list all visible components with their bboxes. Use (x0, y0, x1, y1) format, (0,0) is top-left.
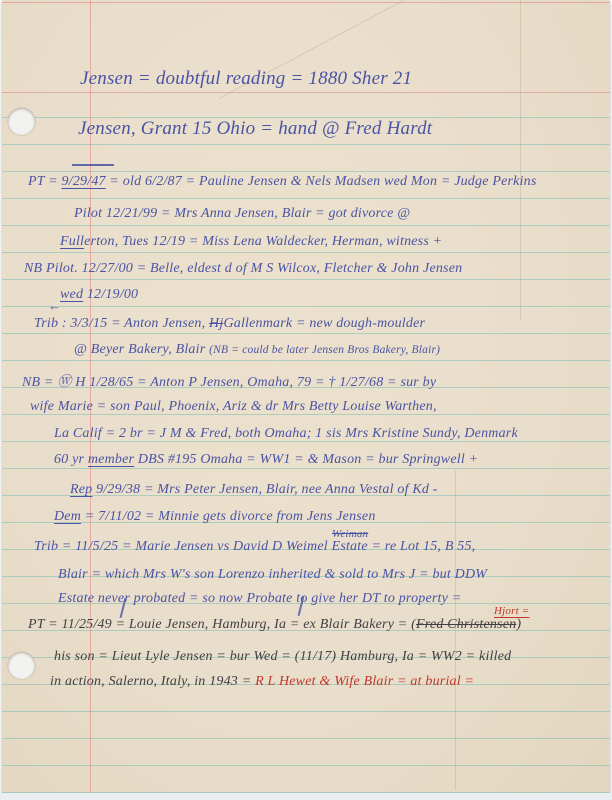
note-segment: Full (60, 234, 84, 249)
note-segment: @ Beyer Bakery, Blair (74, 342, 209, 357)
underline-stroke (72, 164, 114, 166)
note-segment: Hj (209, 316, 223, 331)
paper-crease (520, 0, 521, 320)
note-line-5: Fullerton, Tues 12/19 = Miss Lena Waldec… (60, 234, 442, 250)
scan-edge (0, 793, 612, 800)
note-segment: Rep (70, 482, 92, 497)
note-line-2: Jensen, Grant 15 Ohio = hand @ Fred Hard… (78, 118, 432, 140)
note-segment: wed (60, 287, 83, 302)
note-line-23: in action, Salerno, Italy, in 1943 = R L… (50, 674, 474, 690)
note-line-18: Blair = which Mrs W's son Lorenzo inheri… (58, 567, 487, 583)
note-line-1: Jensen = doubtful reading = 1880 Sher 21 (80, 68, 412, 90)
note-segment: Dem (54, 509, 81, 524)
note-line-13: 60 yr member DBS #195 Omaha = WW1 = & Ma… (54, 452, 478, 468)
note-segment: (NB = could be later Jensen Bros Bakery,… (209, 344, 440, 356)
note-segment: NB = Ⓦ H 1/28/65 = Anton P Jensen, Omaha… (22, 375, 436, 390)
note-segment: Hjort = (494, 605, 529, 617)
note-segment: Blair = which Mrs W's son Lorenzo inheri… (58, 567, 487, 582)
note-segment: member (88, 452, 134, 467)
note-segment: 60 yr (54, 452, 88, 467)
note-line-9: @ Beyer Bakery, Blair (NB = could be lat… (74, 342, 440, 358)
note-segment: 9/29/47 (62, 174, 106, 189)
note-segment: , Grant 15 Ohio = hand @ Fred Hardt (131, 118, 432, 139)
note-line-6: NB Pilot. 12/27/00 = Belle, eldest d of … (24, 261, 462, 277)
header-margin-line (2, 92, 610, 93)
note-line-10: NB = Ⓦ H 1/28/65 = Anton P Jensen, Omaha… (22, 371, 436, 391)
note-segment: R L Hewet & Wife Blair = at burial = (255, 674, 474, 689)
top-margin-line (2, 2, 610, 3)
note-line-21: PT = 11/25/49 = Louie Jensen, Hamburg, I… (28, 617, 521, 633)
note-segment: wife Marie = son Paul, Phoenix, Ariz & d… (30, 399, 437, 414)
note-line-12: La Calif = 2 br = J M & Fred, both Omaha… (54, 426, 518, 442)
note-segment: Trib = 11/5/25 = Marie Jensen vs David D… (34, 539, 475, 554)
note-line-7: wed 12/19/00 (60, 287, 138, 303)
note-line-15: Dem = 7/11/02 = Minnie gets divorce from… (54, 509, 376, 525)
punch-hole-top (8, 108, 35, 135)
note-line-4: Pilot 12/21/99 = Mrs Anna Jensen, Blair … (74, 206, 410, 222)
note-segment: PT = 11/25/49 = Louie Jensen, Hamburg, I… (28, 617, 416, 632)
note-line-8: Trib : 3/3/15 = Anton Jensen, HjGallenma… (34, 316, 425, 332)
note-segment: Pilot 12/21/99 = Mrs Anna Jensen, Blair … (74, 206, 410, 221)
note-segment: ) (516, 617, 521, 632)
note-segment: DBS #195 Omaha = WW1 = & Mason = bur Spr… (134, 452, 478, 467)
note-segment: Jensen (78, 118, 131, 139)
note-segment: Gallenmark = new dough-moulder (223, 316, 425, 331)
note-segment: = old 6/2/87 = Pauline Jensen & Nels Mad… (106, 174, 537, 189)
note-line-3: PT = 9/29/47 = old 6/2/87 = Pauline Jens… (28, 174, 537, 190)
note-segment: Jensen = doubtful reading = 1880 Sher 21 (80, 68, 412, 89)
note-segment: erton, Tues 12/19 = Miss Lena Waldecker,… (84, 234, 442, 249)
note-segment: Fred Christensen (416, 617, 516, 632)
note-segment: = 7/11/02 = Minnie gets divorce from Jen… (81, 509, 376, 524)
note-line-20: Hjort = (494, 605, 529, 617)
note-segment: NB Pilot. 12/27/00 = Belle, eldest d of … (24, 261, 462, 276)
note-line-22: his son = Lieut Lyle Jensen = bur Wed = … (54, 649, 511, 665)
scanned-note-page: ← Jensen = doubtful reading = 1880 Sher … (0, 0, 612, 800)
note-segment: PT = (28, 174, 62, 189)
note-segment: his son = Lieut Lyle Jensen = bur Wed = … (54, 649, 511, 664)
note-segment: in action, Salerno, Italy, in 1943 = (50, 674, 255, 689)
note-line-11: wife Marie = son Paul, Phoenix, Ariz & d… (30, 399, 437, 415)
note-segment: Trib : 3/3/15 = Anton Jensen, (34, 316, 209, 331)
note-segment: La Calif = 2 br = J M & Fred, both Omaha… (54, 426, 518, 441)
ruled-paper: ← Jensen = doubtful reading = 1880 Sher … (2, 0, 610, 793)
note-line-14: Rep 9/29/38 = Mrs Peter Jensen, Blair, n… (70, 482, 438, 498)
punch-hole-bottom (8, 652, 35, 679)
note-segment: Estate never probated = so now Probate t… (58, 591, 461, 606)
note-segment: 12/19/00 (83, 287, 138, 302)
note-segment: 9/29/38 = Mrs Peter Jensen, Blair, nee A… (92, 482, 437, 497)
note-line-19: Estate never probated = so now Probate t… (58, 591, 461, 607)
note-line-17: Trib = 11/5/25 = Marie Jensen vs David D… (34, 539, 475, 555)
